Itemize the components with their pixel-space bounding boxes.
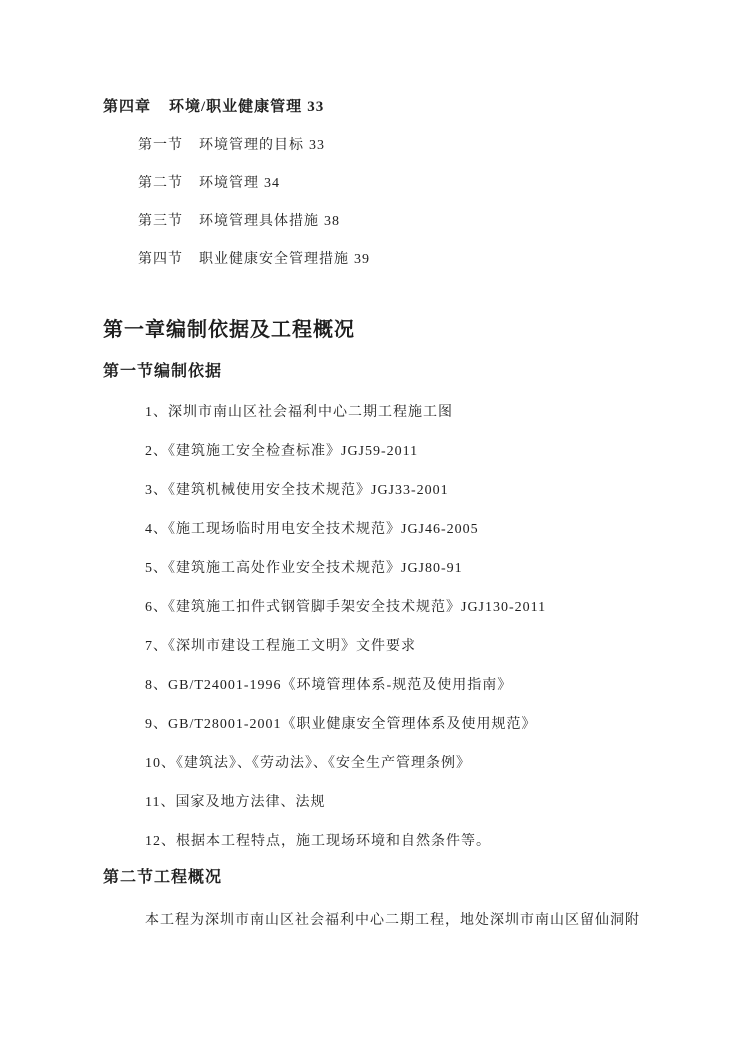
toc-entry-label: 第一节 [138, 138, 183, 153]
toc-entry-title: 环境管理具体措施 [199, 214, 319, 229]
toc-entry-page-number: 38 [324, 214, 340, 229]
basis-list-item: 1、深圳市南山区社会福利中心二期工程施工图 [145, 404, 654, 421]
section-heading-overview: 第二节工程概况 [103, 868, 654, 888]
basis-list-item: 12、根据本工程特点，施工现场环境和自然条件等。 [145, 833, 654, 850]
document-content: 第四章环境/职业健康管理33 第一节环境管理的目标33 第二节环境管理34 第三… [0, 0, 744, 929]
toc-entry-label: 第三节 [138, 214, 183, 229]
chapter-heading: 第一章编制依据及工程概况 [103, 318, 654, 342]
basis-list-item: 2、《建筑施工安全检查标准》JGJ59-2011 [145, 443, 654, 460]
section-heading-basis: 第一节编制依据 [103, 362, 654, 382]
toc-entry-title: 环境管理 [199, 176, 259, 191]
toc-entry-title: 职业健康安全管理措施 [199, 252, 349, 267]
toc-chapter-line: 第四章环境/职业健康管理33 [103, 98, 654, 116]
basis-list-item: 11、国家及地方法律、法规 [145, 794, 654, 811]
toc-entry-label: 第四节 [138, 252, 183, 267]
toc-entry-label: 第二节 [138, 176, 183, 191]
toc-entry-page-number: 39 [354, 252, 370, 267]
basis-list-item: 8、GB/T24001-1996《环境管理体系-规范及使用指南》 [145, 677, 654, 694]
toc-chapter-label: 第四章 [103, 99, 151, 115]
toc-entry-page-number: 34 [264, 176, 280, 191]
toc-entry: 第二节环境管理34 [138, 175, 654, 192]
overview-paragraph: 本工程为深圳市南山区社会福利中心二期工程，地处深圳市南山区留仙洞附 [145, 912, 654, 929]
basis-list-item: 10、《建筑法》、《劳动法》、《安全生产管理条例》 [145, 755, 654, 772]
toc-entry-title: 环境管理的目标 [199, 138, 304, 153]
basis-list-item: 5、《建筑施工高处作业安全技术规范》JGJ80-91 [145, 560, 654, 577]
toc-chapter-title: 环境/职业健康管理 [169, 99, 302, 115]
toc-entry-page-number: 33 [309, 138, 325, 153]
basis-list-item: 6、《建筑施工扣件式钢管脚手架安全技术规范》JGJ130-2011 [145, 599, 654, 616]
toc-chapter-page-number: 33 [307, 99, 324, 115]
toc-entry: 第一节环境管理的目标33 [138, 137, 654, 154]
toc-entry: 第四节职业健康安全管理措施39 [138, 251, 654, 268]
basis-list-item: 7、《深圳市建设工程施工文明》文件要求 [145, 638, 654, 655]
basis-list-item: 4、《施工现场临时用电安全技术规范》JGJ46-2005 [145, 521, 654, 538]
toc-entry: 第三节环境管理具体措施38 [138, 213, 654, 230]
document-page: 第四章环境/职业健康管理33 第一节环境管理的目标33 第二节环境管理34 第三… [0, 0, 744, 1052]
basis-list-item: 3、《建筑机械使用安全技术规范》JGJ33-2001 [145, 482, 654, 499]
basis-list-item: 9、GB/T28001-2001《职业健康安全管理体系及使用规范》 [145, 716, 654, 733]
